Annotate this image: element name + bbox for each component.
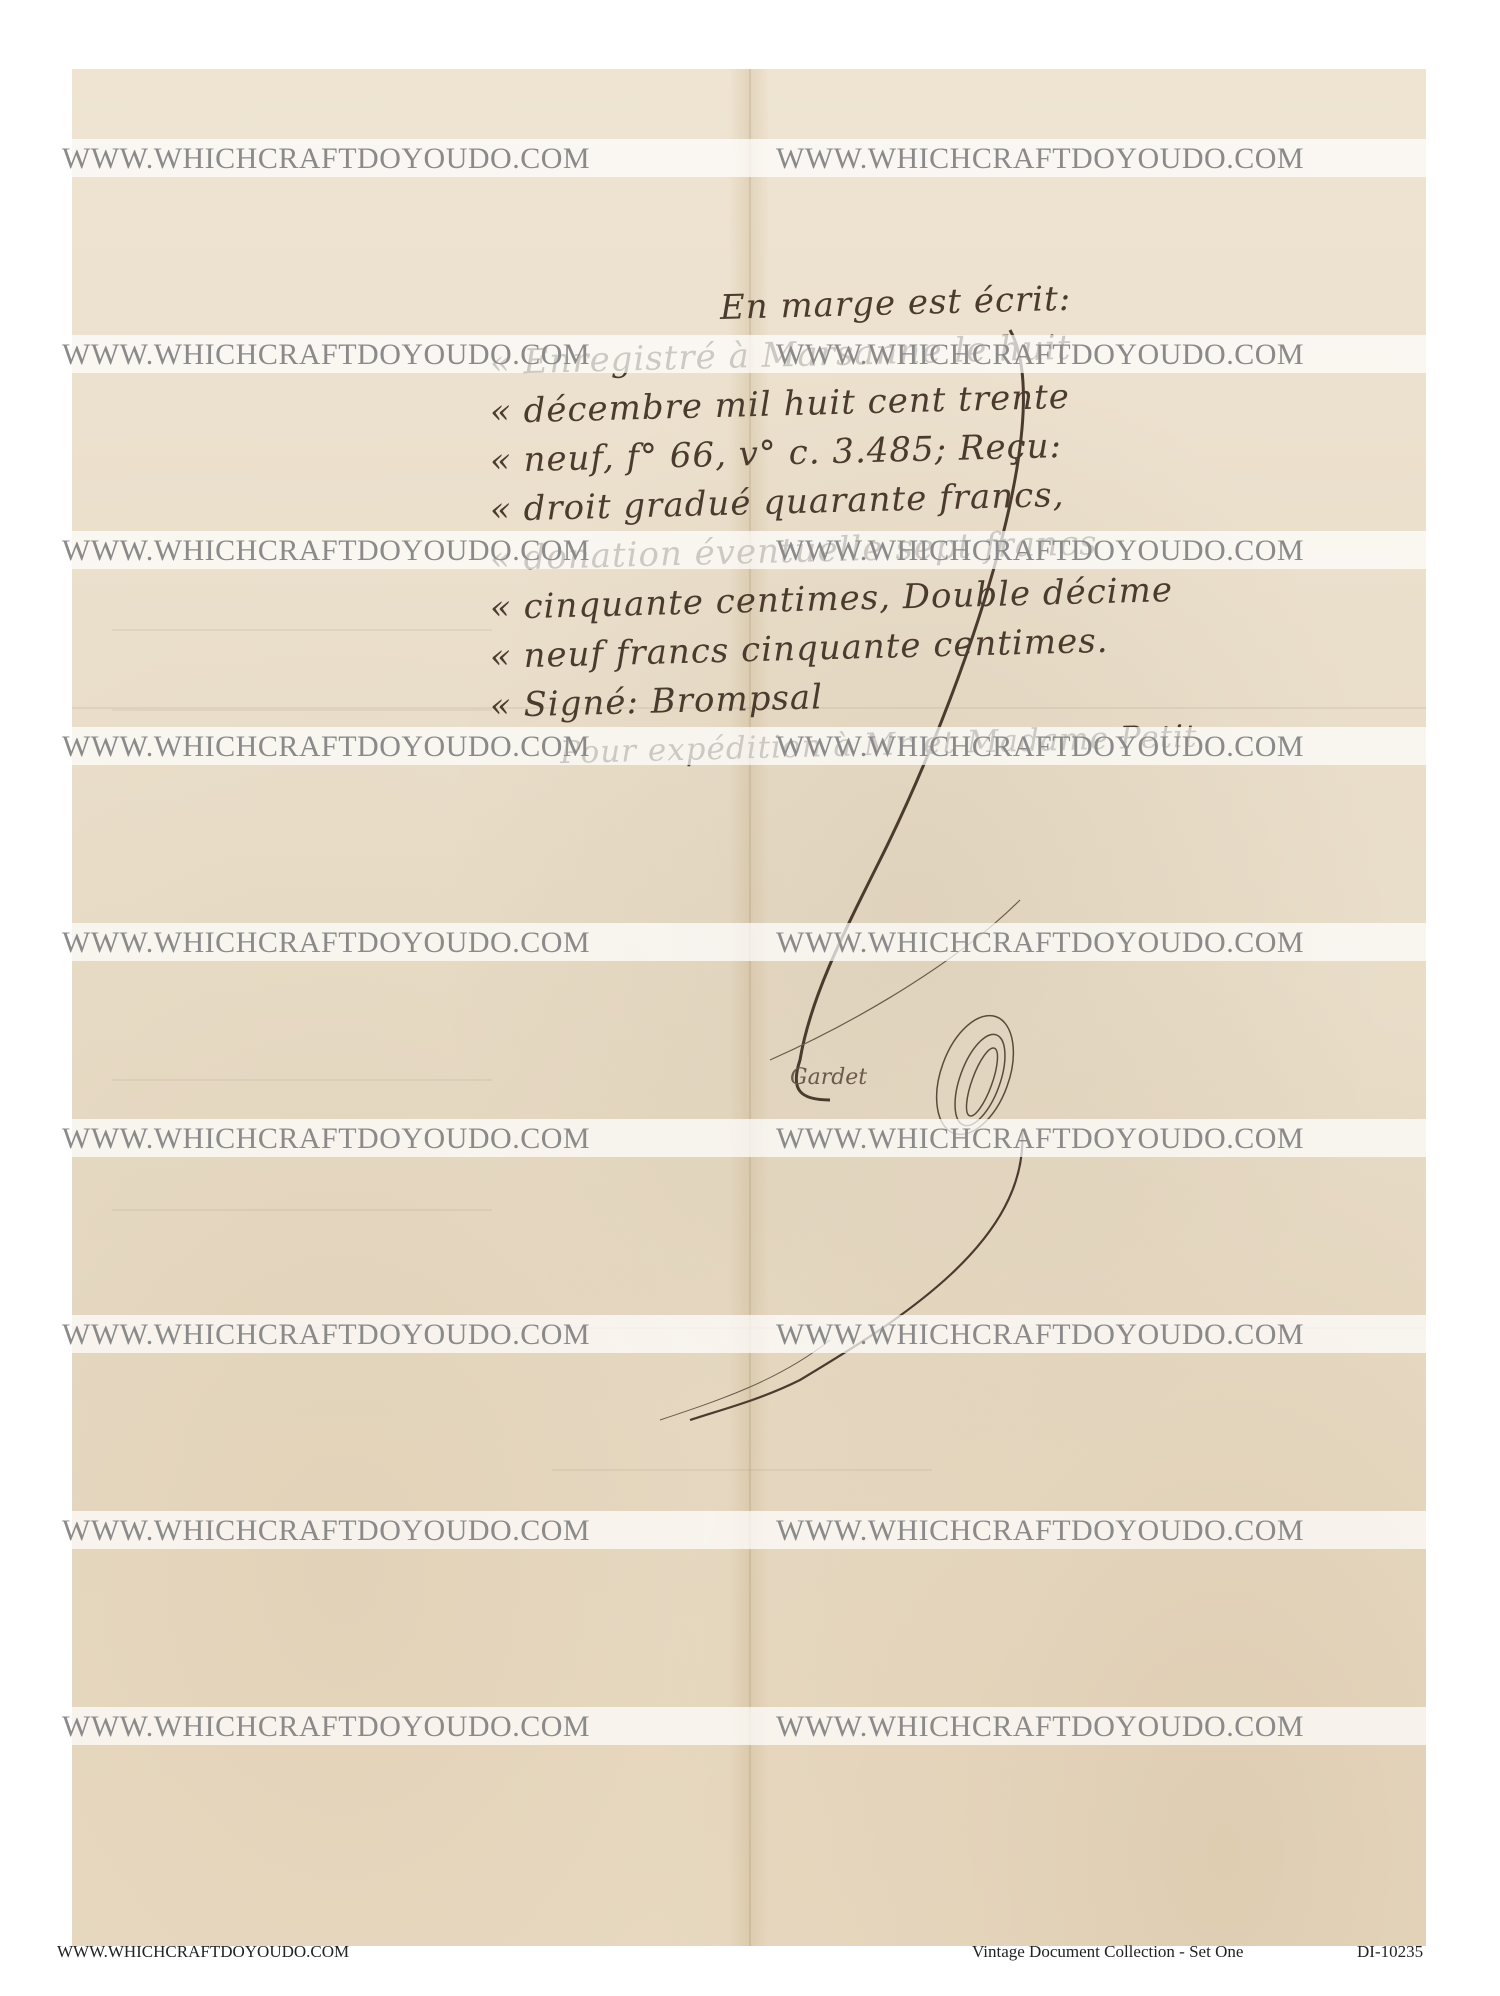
signature-flourish xyxy=(0,0,1500,1996)
watermark-text: WWW.WHICHCRAFTDOYOUDO.COM xyxy=(776,335,1304,373)
watermark-text: WWW.WHICHCRAFTDOYOUDO.COM xyxy=(62,1707,590,1745)
watermark-text: WWW.WHICHCRAFTDOYOUDO.COM xyxy=(776,139,1304,177)
footer-collection: Vintage Document Collection - Set One xyxy=(972,1942,1243,1962)
watermark-text: WWW.WHICHCRAFTDOYOUDO.COM xyxy=(776,1315,1304,1353)
watermark-text: WWW.WHICHCRAFTDOYOUDO.COM xyxy=(776,531,1304,569)
watermark-text: WWW.WHICHCRAFTDOYOUDO.COM xyxy=(62,1119,590,1157)
watermark-text: WWW.WHICHCRAFTDOYOUDO.COM xyxy=(62,1511,590,1549)
watermark-text: WWW.WHICHCRAFTDOYOUDO.COM xyxy=(62,923,590,961)
watermark-text: WWW.WHICHCRAFTDOYOUDO.COM xyxy=(62,139,590,177)
watermark-text: WWW.WHICHCRAFTDOYOUDO.COM xyxy=(776,727,1304,765)
watermark-text: WWW.WHICHCRAFTDOYOUDO.COM xyxy=(62,335,590,373)
watermark-text: WWW.WHICHCRAFTDOYOUDO.COM xyxy=(776,923,1304,961)
watermark-text: WWW.WHICHCRAFTDOYOUDO.COM xyxy=(776,1707,1304,1745)
watermark-text: WWW.WHICHCRAFTDOYOUDO.COM xyxy=(62,727,590,765)
footer-code: DI-10235 xyxy=(1357,1942,1423,1962)
watermark-text: WWW.WHICHCRAFTDOYOUDO.COM xyxy=(62,1315,590,1353)
footer-site: WWW.WHICHCRAFTDOYOUDO.COM xyxy=(57,1942,349,1962)
watermark-text: WWW.WHICHCRAFTDOYOUDO.COM xyxy=(776,1511,1304,1549)
watermark-text: WWW.WHICHCRAFTDOYOUDO.COM xyxy=(776,1119,1304,1157)
signature: Gardet xyxy=(790,1065,867,1090)
watermark-text: WWW.WHICHCRAFTDOYOUDO.COM xyxy=(62,531,590,569)
